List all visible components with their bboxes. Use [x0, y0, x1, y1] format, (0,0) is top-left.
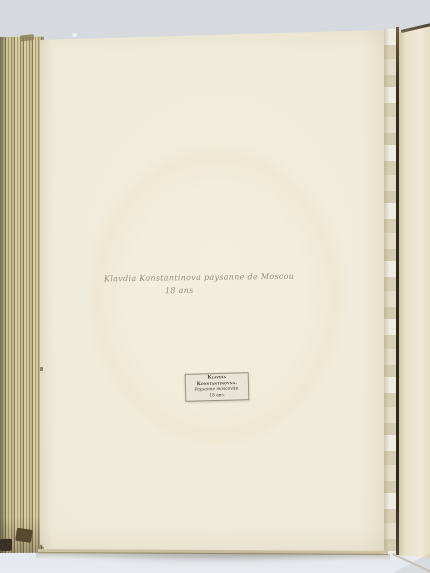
- page-speck: [40, 367, 43, 371]
- cover-edge-mark: [0, 539, 12, 551]
- facing-page-edge: [398, 23, 430, 558]
- book-shadow: [14, 553, 418, 567]
- page-gutter: [396, 27, 399, 555]
- open-album-photograph: Klavdia Konstantinova paysanne de Moscou…: [0, 0, 430, 573]
- album-page: Klavdia Konstantinova paysanne de Moscou…: [40, 30, 385, 552]
- left-page-stack: [0, 37, 44, 553]
- stack-top-notch: [20, 34, 35, 42]
- cover-edge-mark: [15, 528, 33, 543]
- handwritten-caption-line2: 18 ans: [165, 286, 194, 295]
- page-fore-edge: [384, 29, 396, 553]
- printed-label: Klavdia Konstantinovna. Paysanne moscovi…: [185, 372, 250, 402]
- label-age-line: 18 ans.: [193, 393, 241, 400]
- printed-label-text: Klavdia Konstantinovna. Paysanne moscovi…: [193, 374, 242, 399]
- background-speck: [72, 33, 77, 37]
